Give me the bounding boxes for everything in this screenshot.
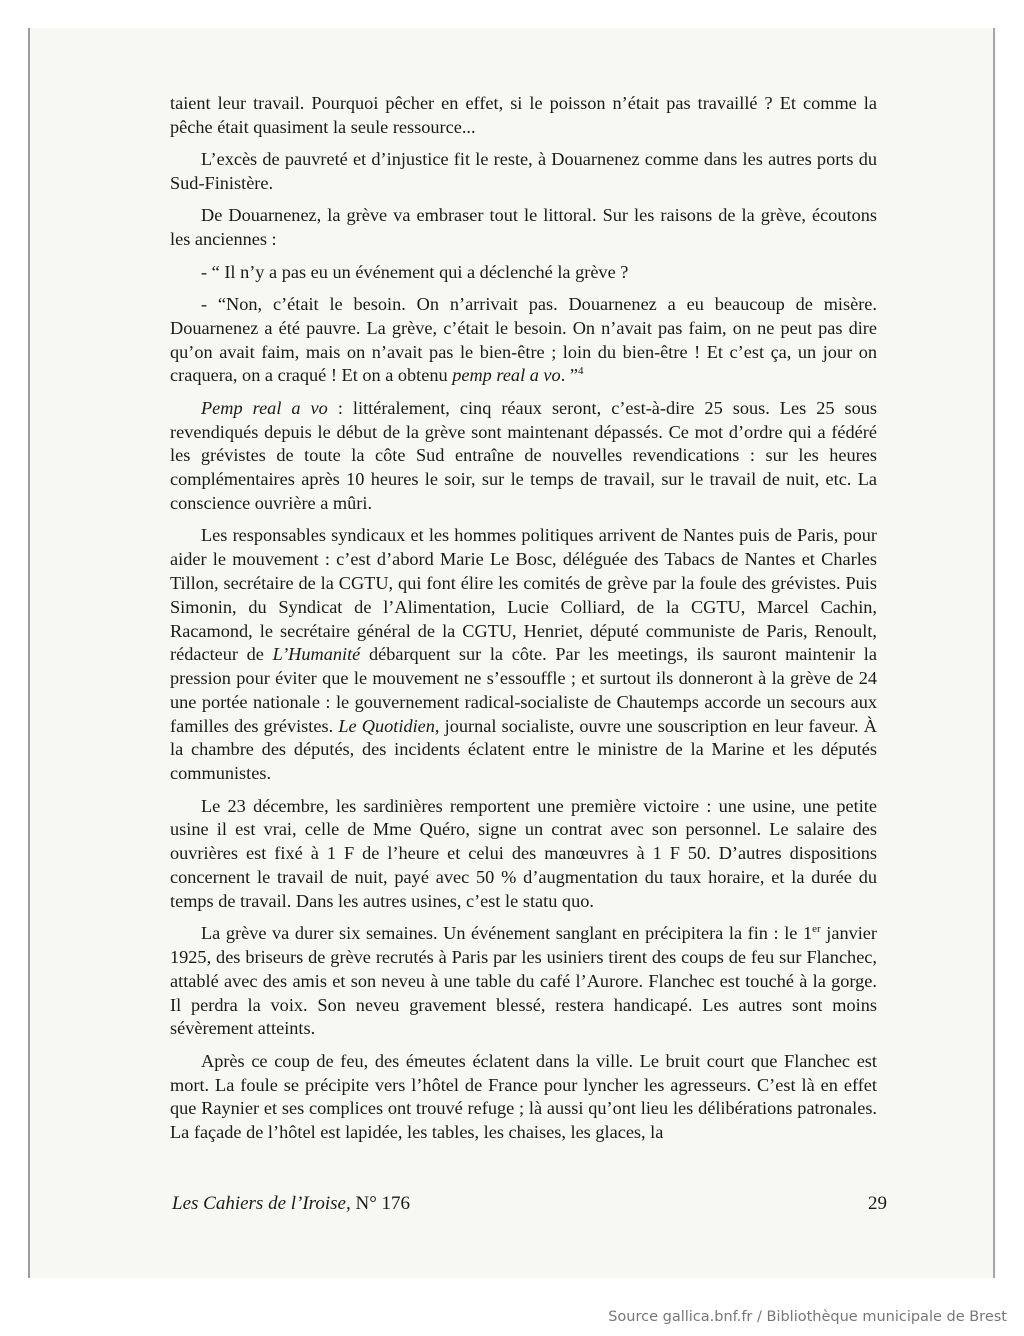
paragraph-continuation: taient leur travail. Pourquoi pêcher en … bbox=[170, 92, 877, 140]
article-body: taient leur travail. Pourquoi pêcher en … bbox=[170, 92, 877, 1154]
dialogue-close: . ” bbox=[561, 365, 578, 385]
paragraph: De Douarnenez, la grève va embraser tout… bbox=[170, 204, 877, 252]
breton-phrase: pemp real a vo bbox=[452, 365, 560, 385]
issue-number: N° 176 bbox=[351, 1193, 410, 1214]
paragraph: Les responsables syndicaux et les hommes… bbox=[170, 524, 877, 786]
paragraph: L’excès de pauvreté et d’injustice fit l… bbox=[170, 148, 877, 196]
footnote-ref: 4 bbox=[578, 365, 584, 377]
page-footer: Les Cahiers de l’Iroise, N° 176 29 bbox=[172, 1193, 887, 1215]
source-attribution: Source gallica.bnf.fr / Bibliothèque mun… bbox=[608, 1309, 1007, 1325]
newspaper-title: Le Quotidien bbox=[338, 716, 435, 736]
paragraph: Après ce coup de feu, des émeutes éclate… bbox=[170, 1050, 877, 1145]
page-edge-right bbox=[993, 28, 995, 1278]
newspaper-title: L’Humanité bbox=[273, 644, 361, 664]
paragraph: Le 23 décembre, les sardinières remporte… bbox=[170, 795, 877, 914]
ordinal-superscript: er bbox=[812, 923, 821, 935]
paragraph: La grève va durer six semaines. Un événe… bbox=[170, 922, 877, 1041]
page-number: 29 bbox=[868, 1193, 887, 1215]
paragraph-text: La grève va durer six semaines. Un événe… bbox=[201, 923, 812, 943]
dialogue-answer: - “Non, c’était le besoin. On n’arrivait… bbox=[170, 293, 877, 388]
paragraph: Pemp real a vo : littéralement, cinq réa… bbox=[170, 397, 877, 516]
dialogue-question: - “ Il n’y a pas eu un événement qui a d… bbox=[170, 261, 877, 285]
journal-title: Les Cahiers de l’Iroise, bbox=[172, 1193, 351, 1214]
footer-citation: Les Cahiers de l’Iroise, N° 176 bbox=[172, 1193, 410, 1215]
breton-phrase: Pemp real a vo bbox=[201, 398, 328, 418]
